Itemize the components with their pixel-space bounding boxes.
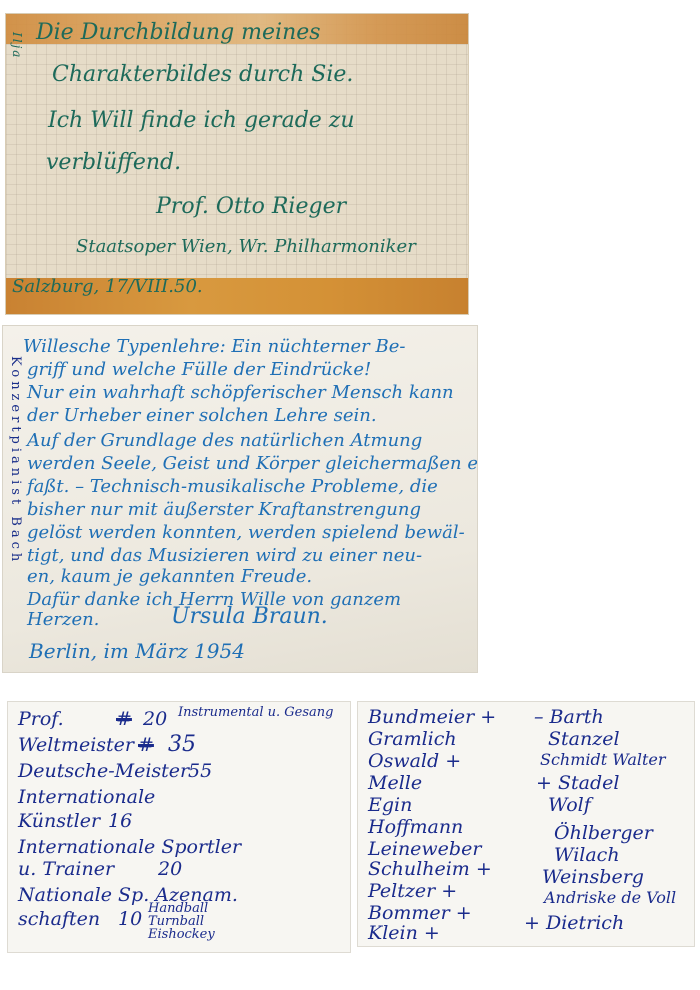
row-value: 20 bbox=[158, 858, 182, 880]
row-label: Prof. bbox=[18, 708, 64, 730]
text-line: tigt, und das Musizieren wird zu einer n… bbox=[27, 545, 422, 566]
text-line: bisher nur mit äußerster Kraftanstrengun… bbox=[27, 499, 421, 520]
signature: Prof. Otto Rieger bbox=[156, 194, 346, 219]
row-label: schaften bbox=[18, 908, 100, 930]
name-item: Gramlich bbox=[368, 728, 457, 750]
text-line: Auf der Grundlage des natürlichen Atmung bbox=[27, 430, 422, 451]
text-line: Herzen. bbox=[27, 609, 99, 630]
name-item: Öhlberger bbox=[554, 822, 653, 844]
row-note: Handball Turnball Eishockey bbox=[148, 902, 258, 941]
row-label: Internationale Sportler bbox=[18, 836, 241, 858]
text-line: Willesche Typenlehre: Ein nüchterner Be- bbox=[23, 336, 405, 357]
row-note: Instrumental u. Gesang bbox=[178, 706, 338, 720]
row-value: 10 bbox=[118, 908, 142, 930]
text-line: werden Seele, Geist und Körper gleicherm… bbox=[27, 453, 477, 474]
text-line: Ich Will finde ich gerade zu bbox=[48, 108, 355, 133]
row-label: Internationale bbox=[18, 786, 155, 808]
place-date: Berlin, im März 1954 bbox=[29, 639, 245, 663]
text-line: Nur ein wahrhaft schöpferischer Mensch k… bbox=[27, 382, 454, 403]
name-item: Wolf bbox=[548, 794, 591, 816]
text-line: verblüffend. bbox=[46, 150, 181, 175]
name-item: Schulheim + bbox=[368, 858, 492, 880]
text-line: gelöst werden konnten, werden spielend b… bbox=[27, 522, 465, 543]
margin-note: Ilja bbox=[10, 32, 24, 59]
name-item: + Dietrich bbox=[524, 912, 624, 934]
name-item: Melle bbox=[368, 772, 422, 794]
letter-card-braun: Konzertpianist Bach Willesche Typenlehre… bbox=[3, 326, 477, 672]
row-value: 20 bbox=[143, 708, 167, 730]
signature: Ursula Braun. bbox=[171, 604, 328, 629]
text-line: en, kaum je gekannten Freude. bbox=[27, 566, 312, 587]
row-label: Weltmeister bbox=[18, 734, 134, 756]
name-item: Hoffmann bbox=[368, 816, 463, 838]
text-line: Die Durchbildung meines bbox=[36, 20, 321, 45]
row-label: Deutsche-Meister bbox=[18, 760, 189, 782]
name-item: Schmidt Walter bbox=[540, 750, 666, 769]
margin-note: Konzertpianist Bach bbox=[8, 356, 23, 565]
letter-card-rieger: Ilja Die Durchbildung meines Charakterbi… bbox=[6, 14, 468, 314]
affiliation: Staatsoper Wien, Wr. Philharmoniker bbox=[76, 236, 416, 257]
name-item: Klein + bbox=[368, 922, 440, 944]
name-item: Stanzel bbox=[548, 728, 620, 750]
row-label: u. Trainer bbox=[18, 858, 114, 880]
place-date: Salzburg, 17/VIII.50. bbox=[12, 276, 203, 297]
name-item: Weinsberg bbox=[542, 866, 644, 888]
struck-mark: # bbox=[116, 708, 132, 730]
note-card-statistics: Prof. # 20 Instrumental u. Gesang Weltme… bbox=[8, 702, 350, 952]
name-item: Oswald + bbox=[368, 750, 461, 772]
text-line: griff und welche Fülle der Eindrücke! bbox=[27, 359, 371, 380]
struck-mark: # bbox=[138, 734, 154, 756]
note-card-names: Bundmeier + Gramlich Oswald + Melle Egin… bbox=[358, 702, 694, 946]
text-line: Charakterbildes durch Sie. bbox=[52, 62, 353, 87]
name-item: + Stadel bbox=[536, 772, 619, 794]
name-item: Andriske de Voll bbox=[544, 888, 676, 907]
row-label: Künstler bbox=[18, 810, 100, 832]
row-value: 16 bbox=[108, 810, 132, 832]
text-line: der Urheber einer solchen Lehre sein. bbox=[27, 405, 377, 426]
name-item: Peltzer + bbox=[368, 880, 457, 902]
name-item: Bundmeier + bbox=[368, 706, 496, 728]
name-item: Bommer + bbox=[368, 902, 472, 924]
text-line: faßt. – Technisch-musikalische Probleme,… bbox=[27, 476, 438, 497]
name-item: – Barth bbox=[534, 706, 604, 728]
row-value: 35 bbox=[168, 732, 196, 757]
row-value: 55 bbox=[188, 760, 212, 782]
name-item: Wilach bbox=[554, 844, 620, 866]
name-item: Egin bbox=[368, 794, 412, 816]
name-item: Leineweber bbox=[368, 838, 481, 860]
